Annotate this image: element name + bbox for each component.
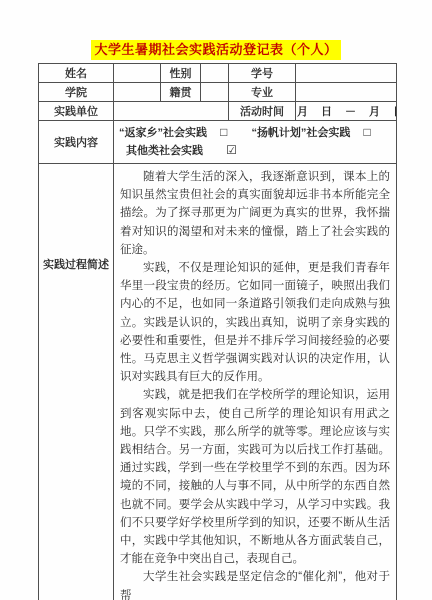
checkbox-other-checked-icon[interactable]: ☑ — [226, 142, 237, 159]
name-label: 姓名 — [39, 64, 114, 83]
process-summary-text: 随着大学生活的深入，我逐渐意识到，课本上的知识虽然宝贵但社会的真实面貌却远非书本… — [114, 164, 397, 600]
option-return-home-label: “返家乡”社会实践 — [119, 127, 207, 139]
hometown-label: 籍贯 — [161, 83, 201, 102]
gender-field[interactable] — [201, 64, 229, 83]
checkbox-return-home-icon[interactable]: □ — [220, 124, 227, 141]
summary-paragraph: 实践，就是把我们在学校所学的理论知识，运用到客观实际中去，使自己所学的理论知识有… — [120, 386, 390, 568]
name-field[interactable] — [114, 64, 161, 83]
college-label: 学院 — [39, 83, 114, 102]
summary-paragraph: 大学生社会实践是坚定信念的“催化剂”，他对于帮 — [120, 568, 390, 600]
table-row: 学院 籍贯 专业 — [39, 83, 397, 102]
page-title: 大学生暑期社会实践活动登记表（个人） — [91, 40, 340, 60]
gender-label: 性别 — [161, 64, 201, 83]
summary-paragraph: 实践，不仅是理论知识的延伸，更是我们青春年华里一段宝贵的经历。它如同一面镜子，映… — [120, 259, 390, 386]
student-id-field[interactable] — [296, 64, 397, 83]
activity-time-field[interactable]: 月 日 － 月 日 — [296, 102, 397, 121]
option-line-1: “返家乡”社会实践 □ “扬帆计划”社会实践 □ — [119, 124, 392, 142]
document-page: 大学生暑期社会实践活动登记表（个人） 姓名 性别 学号 学院 籍贯 专业 — [0, 0, 432, 600]
table-row: 实践内容 “返家乡”社会实践 □ “扬帆计划”社会实践 □ 其他类社会实践 ☑ — [39, 121, 397, 164]
summary-paragraph: 随着大学生活的深入，我逐渐意识到，课本上的知识虽然宝贵但社会的真实面貌却远非书本… — [120, 168, 390, 259]
option-line-2: 其他类社会实践 ☑ — [119, 142, 392, 160]
process-summary-label: 实践过程简述 — [39, 164, 114, 600]
table-row: 实践过程简述 随着大学生活的深入，我逐渐意识到，课本上的知识虽然宝贵但社会的真实… — [39, 164, 397, 600]
option-other-label: 其他类社会实践 — [126, 145, 203, 157]
title-bar: 大学生暑期社会实践活动登记表（个人） — [0, 40, 432, 60]
major-label: 专业 — [229, 83, 296, 102]
hometown-field[interactable] — [201, 83, 229, 102]
table-row: 姓名 性别 学号 — [39, 64, 397, 83]
registration-table: 姓名 性别 学号 学院 籍贯 专业 实践单位 活动时间 月 日 － 月 日 实践… — [38, 63, 397, 600]
college-field[interactable] — [114, 83, 161, 102]
major-field[interactable] — [296, 83, 397, 102]
table-row: 实践单位 活动时间 月 日 － 月 日 — [39, 102, 397, 121]
practice-content-options: “返家乡”社会实践 □ “扬帆计划”社会实践 □ 其他类社会实践 ☑ — [114, 121, 397, 164]
practice-unit-label: 实践单位 — [39, 102, 114, 121]
practice-unit-field[interactable] — [114, 102, 229, 121]
checkbox-sail-plan-icon[interactable]: □ — [364, 124, 371, 141]
option-sail-plan-label: “扬帆计划”社会实践 — [251, 127, 350, 139]
activity-time-label: 活动时间 — [229, 102, 296, 121]
practice-content-label: 实践内容 — [39, 121, 114, 164]
student-id-label: 学号 — [229, 64, 296, 83]
